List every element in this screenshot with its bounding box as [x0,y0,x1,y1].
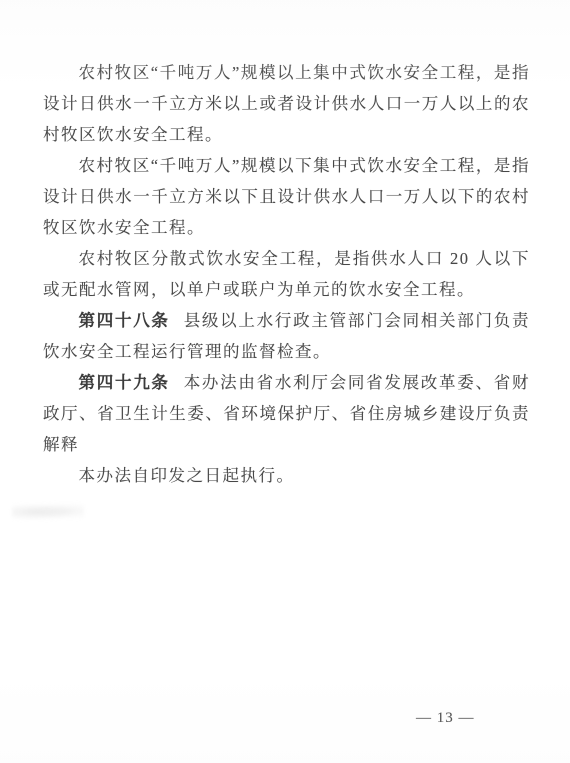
article-lead: 第四十九条 [78,373,169,392]
paragraph: 第四十九条本办法由省水利厅会同省发展改革委、省财政厅、省卫生计生委、省环境保护厅… [43,367,530,460]
paragraph: 农村牧区“千吨万人”规模以上集中式饮水安全工程，是指设计日供水一千立方米以上或者… [43,57,530,150]
paragraph: 农村牧区分散式饮水安全工程，是指供水人口 20 人以下或无配水管网，以单户或联户… [43,243,530,305]
document-page: 农村牧区“千吨万人”规模以上集中式饮水安全工程，是指设计日供水一千立方米以上或者… [0,0,570,763]
paragraph: 本办法自印发之日起执行。 [43,460,530,491]
paragraph-text: 农村牧区分散式饮水安全工程，是指供水人口 20 人以下或无配水管网，以单户或联户… [43,249,530,299]
body-text: 农村牧区“千吨万人”规模以上集中式饮水安全工程，是指设计日供水一千立方米以上或者… [43,57,530,491]
paragraph: 农村牧区“千吨万人”规模以下集中式饮水安全工程，是指设计日供水一千立方米以下且设… [43,150,530,243]
paragraph-text: 农村牧区“千吨万人”规模以上集中式饮水安全工程，是指设计日供水一千立方米以上或者… [43,63,530,144]
article-lead: 第四十八条 [78,311,169,330]
page-number: — 13 — [416,710,475,727]
scan-smudge-artifact [12,502,84,522]
paragraph-text: 农村牧区“千吨万人”规模以下集中式饮水安全工程，是指设计日供水一千立方米以下且设… [43,156,530,237]
paragraph: 第四十八条县级以上水行政主管部门会同相关部门负责饮水安全工程运行管理的监督检查。 [43,305,530,367]
paragraph-text: 本办法自印发之日起执行。 [78,466,294,485]
